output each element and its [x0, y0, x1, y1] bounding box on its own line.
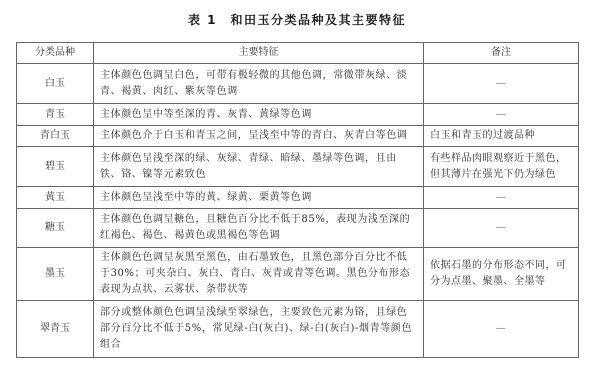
cell-variety: 碧玉: [17, 147, 94, 187]
cell-feature: 主体颜色色调呈糖色，且糖色百分比不低于85%，表现为浅至深的红褐色、褐色、褐黄色…: [94, 209, 424, 248]
cell-feature: 部分或整体颜色色调呈浅绿至翠绿色，主要致色元素为铬，且绿色部分百分比不低于5%，…: [94, 301, 424, 358]
cell-note: —: [424, 64, 579, 104]
cell-variety: 青玉: [17, 104, 94, 126]
cell-feature: 主体颜色呈浅至中等的黄、绿黄、栗黄等色调: [94, 187, 424, 209]
cell-variety: 黄玉: [17, 187, 94, 209]
header-features: 主要特征: [94, 43, 424, 64]
cell-variety: 青白玉: [17, 126, 94, 147]
cell-note: 白玉和青玉的过渡品种: [424, 126, 579, 147]
cell-note: —: [424, 104, 579, 126]
cell-feature: 主体颜色呈浅至深的绿、灰绿、青绿、暗绿、墨绿等色调，且由铁、铬、镍等元素致色: [94, 147, 424, 187]
table-row: 糖玉 主体颜色色调呈糖色，且糖色百分比不低于85%，表现为浅至深的红褐色、褐色、…: [17, 209, 579, 248]
cell-variety: 白玉: [17, 64, 94, 104]
table-row: 黄玉 主体颜色呈浅至中等的黄、绿黄、栗黄等色调 —: [17, 187, 579, 209]
header-notes: 备注: [424, 43, 579, 64]
header-category: 分类品种: [17, 43, 94, 64]
cell-variety: 糖玉: [17, 209, 94, 248]
table-row: 翠青玉 部分或整体颜色色调呈浅绿至翠绿色，主要致色元素为铬，且绿色部分百分比不低…: [17, 301, 579, 358]
cell-feature: 主体颜色色调呈灰黑至黑色，由石墨致色，且黑色部分百分比不低于30%；可夹杂白、灰…: [94, 248, 424, 301]
cell-feature: 主体颜色呈中等至深的青、灰青、黄绿等色调: [94, 104, 424, 126]
cell-note: 依据石墨的分布形态不同，可分为点墨、聚墨、全墨等: [424, 248, 579, 301]
table-row: 青白玉 主体颜色介于白玉和青玉之间，呈浅至中等的青白、灰青白等色调 白玉和青玉的…: [17, 126, 579, 147]
cell-variety: 翠青玉: [17, 301, 94, 358]
cell-feature: 主体颜色色调呈白色，可带有极轻微的其他色调，常微带灰绿、淡青、褐黄、肉红、紫灰等…: [94, 64, 424, 104]
cell-variety: 墨玉: [17, 248, 94, 301]
cell-note: —: [424, 187, 579, 209]
jade-classification-table: 分类品种 主要特征 备注 白玉 主体颜色色调呈白色，可带有极轻微的其他色调，常微…: [16, 42, 579, 358]
table-header-row: 分类品种 主要特征 备注: [17, 43, 579, 64]
table-row: 白玉 主体颜色色调呈白色，可带有极轻微的其他色调，常微带灰绿、淡青、褐黄、肉红、…: [17, 64, 579, 104]
table-title: 表 1 和田玉分类品种及其主要特征: [0, 11, 594, 28]
cell-note: 有些样品肉眼观察近于黑色，但其薄片在强光下仍为绿色: [424, 147, 579, 187]
cell-feature: 主体颜色介于白玉和青玉之间，呈浅至中等的青白、灰青白等色调: [94, 126, 424, 147]
table-row: 墨玉 主体颜色色调呈灰黑至黑色，由石墨致色，且黑色部分百分比不低于30%；可夹杂…: [17, 248, 579, 301]
table-row: 碧玉 主体颜色呈浅至深的绿、灰绿、青绿、暗绿、墨绿等色调，且由铁、铬、镍等元素致…: [17, 147, 579, 187]
cell-note: —: [424, 301, 579, 358]
cell-note: —: [424, 209, 579, 248]
table-row: 青玉 主体颜色呈中等至深的青、灰青、黄绿等色调 —: [17, 104, 579, 126]
